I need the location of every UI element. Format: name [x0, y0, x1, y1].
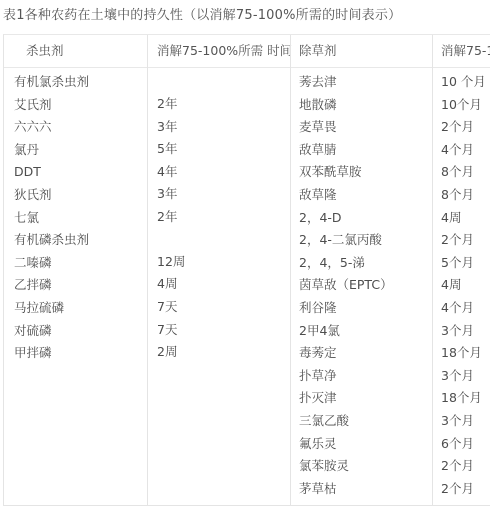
insecticide-name: 马拉硫磷: [14, 300, 64, 316]
insecticide-time: 3年: [157, 186, 177, 202]
herbicide-name: 氯苯胺灵: [299, 458, 349, 474]
herbicide-name: 2，4，5-涕: [299, 255, 365, 271]
insecticide-name: 氯丹: [14, 142, 39, 158]
herbicide-time: 6个月: [441, 436, 474, 452]
header-insecticide-time: 消解75-100%所需 时间: [157, 35, 292, 67]
herbicide-time: 4个月: [441, 142, 474, 158]
header-insecticide: 杀虫剂: [26, 35, 64, 67]
header-herbicide: 除草剂: [299, 35, 337, 67]
insecticide-time: 3年: [157, 119, 177, 135]
insecticide-time: 2周: [157, 344, 177, 360]
herbicide-time: 3个月: [441, 323, 474, 339]
insecticide-name: 乙拌磷: [14, 277, 52, 293]
herbicide-name: 莠去津: [299, 74, 337, 90]
herbicide-time: 2个月: [441, 119, 474, 135]
herbicide-name: 氟乐灵: [299, 436, 337, 452]
pesticide-persistence-table: 杀虫剂 消解75-100%所需 时间 除草剂 消解75-100%所需 时间 有机…: [3, 34, 490, 506]
table-caption: 表1各种农药在土壤中的持久性（以消解75-100%所需的时间表示）: [3, 4, 401, 23]
insecticide-name: 对硫磷: [14, 323, 52, 339]
herbicide-name: 扑草净: [299, 368, 337, 384]
herbicide-name: 地散磷: [299, 97, 337, 113]
column-divider: [432, 35, 433, 505]
herbicide-time: 2个月: [441, 458, 474, 474]
column-divider: [290, 35, 291, 505]
herbicide-time: 4个月: [441, 300, 474, 316]
herbicide-time: 5个月: [441, 255, 474, 271]
herbicide-name: 利谷隆: [299, 300, 337, 316]
insecticide-time: 12周: [157, 254, 185, 270]
herbicide-time: 18个月: [441, 345, 482, 361]
insecticide-name: 甲拌磷: [14, 345, 52, 361]
header-herbicide-time: 消解75-100%所需 时间: [441, 35, 490, 67]
insecticide-time: 2年: [157, 96, 177, 112]
herbicide-name: 2，4-D: [299, 210, 342, 226]
herbicide-name: 麦草畏: [299, 119, 337, 135]
insecticide-name: 有机磷杀虫剂: [14, 232, 89, 248]
herbicide-name: 扑灭津: [299, 390, 337, 406]
herbicide-time: 3个月: [441, 368, 474, 384]
herbicide-name: 2，4-二氯丙酸: [299, 232, 382, 248]
herbicide-name: 敌草隆: [299, 187, 337, 203]
herbicide-time: 2个月: [441, 481, 474, 497]
table-header-row: 杀虫剂 消解75-100%所需 时间 除草剂 消解75-100%所需 时间: [4, 35, 490, 68]
herbicide-time: 2个月: [441, 232, 474, 248]
insecticide-time: 7天: [157, 299, 177, 315]
column-divider: [147, 35, 148, 505]
insecticide-name: 有机氯杀虫剂: [14, 74, 89, 90]
insecticide-name: 六六六: [14, 119, 52, 135]
insecticide-time: 4周: [157, 276, 177, 292]
herbicide-time: 18个月: [441, 390, 482, 406]
insecticide-name: 二嗪磷: [14, 255, 52, 271]
insecticide-name: 狄氏剂: [14, 187, 52, 203]
herbicide-time: 3个月: [441, 413, 474, 429]
insecticide-name: DDT: [14, 164, 41, 180]
herbicide-name: 2甲4氯: [299, 323, 340, 339]
herbicide-time: 10 个月: [441, 74, 486, 90]
insecticide-time: 4年: [157, 164, 177, 180]
herbicide-name: 茵草敌（EPTC）: [299, 277, 393, 293]
insecticide-time: 5年: [157, 141, 177, 157]
herbicide-name: 双苯酰草胺: [299, 164, 362, 180]
herbicide-name: 茅草枯: [299, 481, 337, 497]
herbicide-name: 毒莠定: [299, 345, 337, 361]
insecticide-time: 7天: [157, 322, 177, 338]
herbicide-time: 4周: [441, 210, 461, 226]
herbicide-time: 8个月: [441, 164, 474, 180]
insecticide-name: 艾氏剂: [14, 97, 52, 113]
insecticide-time: 2年: [157, 209, 177, 225]
herbicide-time: 8个月: [441, 187, 474, 203]
herbicide-time: 10个月: [441, 97, 482, 113]
herbicide-name: 三氯乙酸: [299, 413, 349, 429]
insecticide-name: 七氯: [14, 210, 39, 226]
herbicide-name: 敌草腈: [299, 142, 337, 158]
herbicide-time: 4周: [441, 277, 461, 293]
